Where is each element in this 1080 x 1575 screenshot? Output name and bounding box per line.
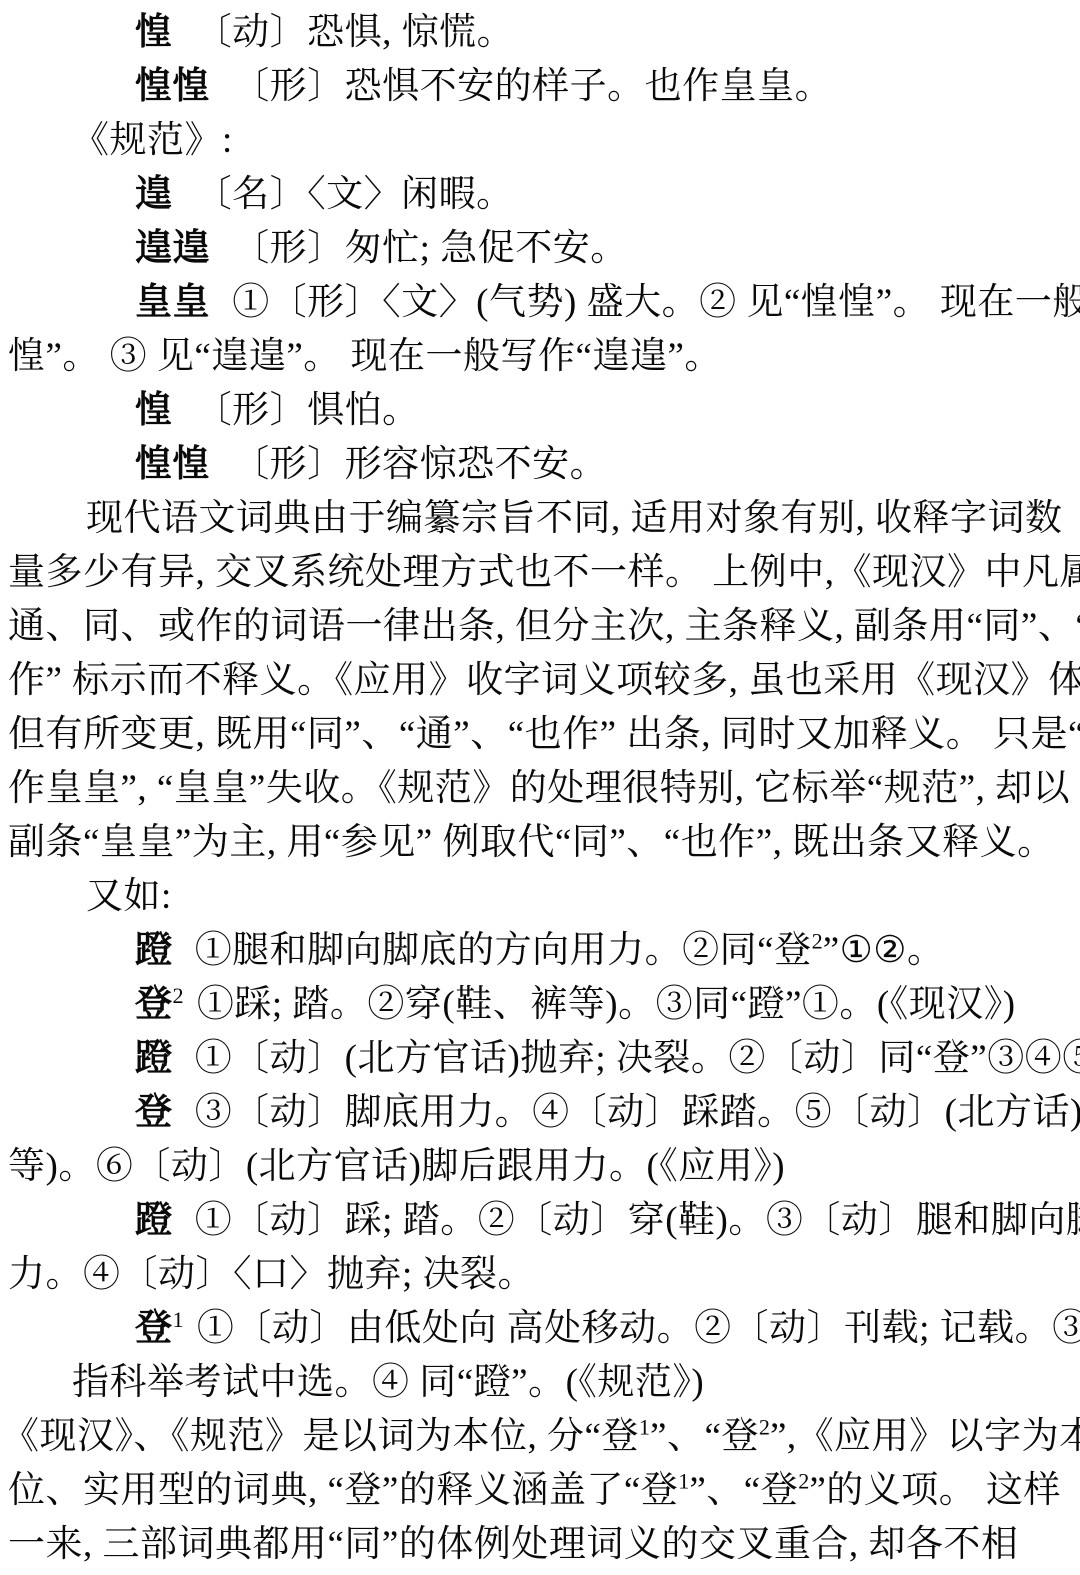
text-segment: 但有所变更, 既用“同”、“通”、“也作” 出条, 同时又加释义。 只是“也: [8, 714, 1080, 755]
text-line-24: 力。④〔动〕〈口〉抛弃; 决裂。: [0, 1248, 1080, 1302]
text-segment: 惶”。 ③ 见“遑遑”。 现在一般写作“遑遑”。: [8, 336, 722, 377]
text-segment: 又如:: [86, 876, 172, 917]
text-line-6: 皇皇①〔形〕〈文〉(气势) 盛大。② 见“惶惶”。 现在一般写作“惶: [0, 276, 1080, 330]
superscript-sense-number: 1: [639, 1415, 650, 1440]
text-segment: ①〔动〕由低处向 高处移动。②〔动〕刊载; 记载。③〔动〕古代: [197, 1308, 1080, 1349]
text-line-12: 通、同、或作的词语一律出条, 但分主次, 主条释义, 副条用“同”、“也: [0, 600, 1080, 654]
entry-headword: 惶惶: [135, 444, 210, 485]
text-line-23: 蹬①〔动〕踩; 踏。②〔动〕穿(鞋)。③〔动〕腿和脚向脚底的方向用: [0, 1194, 1080, 1248]
text-line-29: 一来, 三部词典都用“同”的体例处理词义的交叉重合, 却各不相: [0, 1518, 1080, 1572]
text-line-1: 惶〔动〕恐惧, 惊慌。: [0, 6, 1080, 60]
text-segment: 力。④〔动〕〈口〉抛弃; 决裂。: [8, 1254, 535, 1295]
entry-headword: 蹬: [135, 930, 173, 971]
text-line-2: 惶惶〔形〕恐惧不安的样子。也作皇皇。: [0, 60, 1080, 114]
text-segment: 位、实用型的词典, “登”的释义涵盖了“登: [8, 1470, 678, 1511]
text-line-18: 蹬①腿和脚向脚底的方向用力。②同“登2”①②。: [0, 924, 1080, 978]
entry-headword: 惶: [135, 12, 173, 53]
entry-headword: 登: [135, 984, 173, 1025]
text-segment: 〔形〕形容惊恐不安。: [232, 444, 607, 485]
text-line-3: 《规范》:: [0, 114, 1080, 168]
text-segment: 副条“皇皇”为主, 用“参见” 例取代“同”、“也作”, 既出条又释义。: [8, 822, 1055, 863]
entry-headword: 惶: [135, 390, 173, 431]
superscript-sense-number: 1: [678, 1469, 689, 1494]
text-line-25: 登1①〔动〕由低处向 高处移动。②〔动〕刊载; 记载。③〔动〕古代: [0, 1302, 1080, 1356]
entry-headword: 惶惶: [135, 66, 210, 107]
entry-headword: 登: [135, 1308, 173, 1349]
text-segment: ①〔动〕踩; 踏。②〔动〕穿(鞋)。③〔动〕腿和脚向脚底的方向用: [195, 1200, 1080, 1241]
text-line-22: 等)。⑥〔动〕(北方官话)脚后跟用力。(《应用》): [0, 1140, 1080, 1194]
text-line-17: 又如:: [0, 870, 1080, 924]
text-segment: 现代语文词典由于编纂宗旨不同, 适用对象有别, 收释字词数: [86, 498, 1063, 539]
text-segment: ”,《应用》以字为本: [770, 1416, 1080, 1457]
superscript-sense-number: 2: [759, 1415, 770, 1440]
text-line-21: 登③〔动〕脚底用力。④〔动〕踩踏。⑤〔动〕(北方话)穿(鞋、裤: [0, 1086, 1080, 1140]
text-segment: 《现汉》、《规范》是以词为本位, 分“登: [2, 1416, 639, 1457]
text-segment: ①腿和脚向脚底的方向用力。②同“登: [195, 930, 812, 971]
text-segment: 《规范》:: [72, 120, 233, 161]
text-line-28: 位、实用型的词典, “登”的释义涵盖了“登1”、“登2”的义项。 这样: [0, 1464, 1080, 1518]
entry-headword: 遑遑: [135, 228, 210, 269]
text-line-27: 《现汉》、《规范》是以词为本位, 分“登1”、“登2”,《应用》以字为本: [0, 1410, 1080, 1464]
text-line-13: 作” 标示而不释义。《应用》收字词义项较多, 虽也采用《现汉》体例,: [0, 654, 1080, 708]
text-line-19: 登2①踩; 踏。②穿(鞋、裤等)。③同“蹬”①。(《现汉》): [0, 978, 1080, 1032]
document-page: 惶〔动〕恐惧, 惊慌。惶惶〔形〕恐惧不安的样子。也作皇皇。《规范》:遑〔名〕〈文…: [0, 0, 1080, 1575]
text-line-5: 遑遑〔形〕匆忙; 急促不安。: [0, 222, 1080, 276]
text-segment: 一来, 三部词典都用“同”的体例处理词义的交叉重合, 却各不相: [8, 1524, 1018, 1565]
text-segment: 作皇皇”, “皇皇”失收。《规范》的处理很特别, 它标举“规范”, 却以: [8, 768, 1070, 809]
text-segment: 指科举考试中选。④ 同“蹬”。(《规范》): [72, 1362, 704, 1403]
text-line-16: 副条“皇皇”为主, 用“参见” 例取代“同”、“也作”, 既出条又释义。: [0, 816, 1080, 870]
text-segment: ③〔动〕脚底用力。④〔动〕踩踏。⑤〔动〕(北方话)穿(鞋、裤: [195, 1092, 1080, 1133]
entry-headword: 蹬: [135, 1200, 173, 1241]
text-segment: ”、“登: [689, 1470, 798, 1511]
entry-headword: 遑: [135, 174, 173, 215]
superscript-sense-number: 2: [812, 929, 823, 954]
text-segment: ①踩; 踏。②穿(鞋、裤等)。③同“蹬”①。(《现汉》): [197, 984, 1016, 1025]
text-segment: 等)。⑥〔动〕(北方官话)脚后跟用力。(《应用》): [8, 1146, 785, 1187]
superscript-sense-number: 2: [173, 983, 184, 1008]
text-line-26: 指科举考试中选。④ 同“蹬”。(《规范》): [0, 1356, 1080, 1410]
text-segment: ①〔动〕(北方官话)抛弃; 决裂。②〔动〕同“登”③④⑤⑥。: [195, 1038, 1080, 1079]
text-segment: 〔形〕匆忙; 急促不安。: [232, 228, 628, 269]
entry-headword: 皇皇: [135, 282, 210, 323]
text-line-20: 蹬①〔动〕(北方官话)抛弃; 决裂。②〔动〕同“登”③④⑤⑥。: [0, 1032, 1080, 1086]
text-line-15: 作皇皇”, “皇皇”失收。《规范》的处理很特别, 它标举“规范”, 却以: [0, 762, 1080, 816]
entry-headword: 登: [135, 1092, 173, 1133]
text-segment: 〔形〕惧怕。: [195, 390, 420, 431]
text-line-11: 量多少有异, 交叉系统处理方式也不一样。 上例中,《现汉》中凡属: [0, 546, 1080, 600]
text-line-4: 遑〔名〕〈文〉闲暇。: [0, 168, 1080, 222]
text-segment: 〔动〕恐惧, 惊慌。: [195, 12, 515, 53]
text-line-8: 惶〔形〕惧怕。: [0, 384, 1080, 438]
text-segment: ①〔形〕〈文〉(气势) 盛大。② 见“惶惶”。 现在一般写作“惶: [232, 282, 1080, 323]
text-segment: 〔名〕〈文〉闲暇。: [195, 174, 514, 215]
text-segment: ”①②。: [823, 930, 945, 971]
text-segment: 通、同、或作的词语一律出条, 但分主次, 主条释义, 副条用“同”、“也: [8, 606, 1080, 647]
superscript-sense-number: 1: [173, 1307, 184, 1332]
text-segment: 〔形〕恐惧不安的样子。也作皇皇。: [232, 66, 832, 107]
superscript-sense-number: 2: [798, 1469, 809, 1494]
text-line-7: 惶”。 ③ 见“遑遑”。 现在一般写作“遑遑”。: [0, 330, 1080, 384]
text-segment: ”的义项。 这样: [809, 1470, 1061, 1511]
text-line-14: 但有所变更, 既用“同”、“通”、“也作” 出条, 同时又加释义。 只是“也: [0, 708, 1080, 762]
text-segment: 作” 标示而不释义。《应用》收字词义项较多, 虽也采用《现汉》体例,: [8, 660, 1080, 701]
text-segment: 量多少有异, 交叉系统处理方式也不一样。 上例中,《现汉》中凡属: [8, 552, 1080, 593]
text-line-9: 惶惶〔形〕形容惊恐不安。: [0, 438, 1080, 492]
entry-headword: 蹬: [135, 1038, 173, 1079]
text-segment: ”、“登: [650, 1416, 759, 1457]
text-line-10: 现代语文词典由于编纂宗旨不同, 适用对象有别, 收释字词数: [0, 492, 1080, 546]
